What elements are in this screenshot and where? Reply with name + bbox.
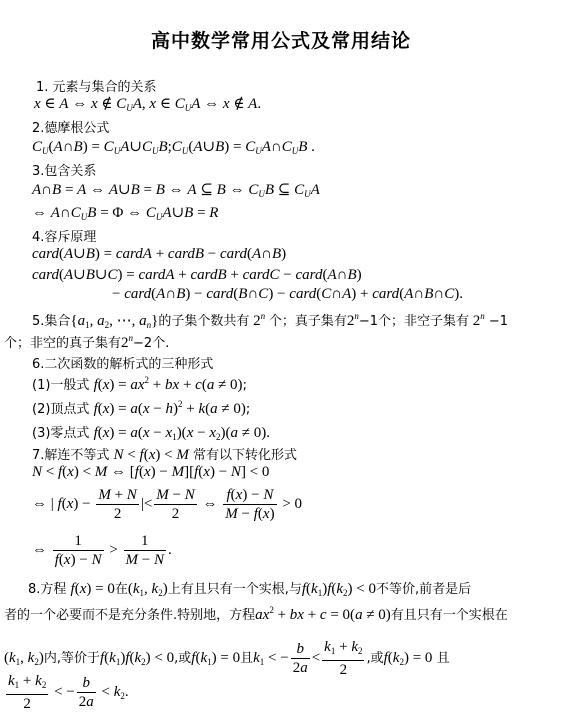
section-2-heading: 2.德摩根公式 — [32, 117, 109, 136]
section-4-line1: card(A∪B) = cardA + cardB − card(A∩B) — [32, 244, 286, 263]
section-4-heading: 4.容斥原理 — [32, 226, 96, 245]
section-3-line2: ⇔ A∩CUB = Φ ⇔ CUA∪B = R — [32, 203, 218, 222]
section-7-line3: ⇔ 1f(x) − N > 1M − N. — [32, 532, 172, 569]
section-8-line4: k1 + k22 < −b2a < k2. — [4, 672, 129, 713]
section-7-line1: N < f(x) < M ⇔ [f(x) − M][f(x) − N] < 0 — [32, 464, 269, 481]
section-6-form3: (3)零点式 f(x) = a(x − x1)(x − x2)(a ≠ 0). — [32, 422, 270, 442]
section-4-line2: card(A∪B∪C) = cardA + cardB + cardC − ca… — [32, 265, 362, 284]
section-2-formula: CU(A∩B) = CUA∪CUB;CU(A∪B) = CUA∩CUB . — [32, 137, 315, 156]
section-5-line2: 个；非空的真子集有2n−2个. — [4, 332, 169, 352]
section-1-formula: x ∈ A ⇔ x ∉ CUA, x ∈ CUA ⇔ x ∉ A. — [34, 94, 261, 113]
section-5-line1: 5.集合{a1, a2, ⋯, an}的子集个数共有 2n 个；真子集有2n−1… — [32, 310, 508, 330]
section-6-form1: (1)一般式 f(x) = ax2 + bx + c(a ≠ 0); — [32, 374, 247, 394]
section-7-line2: ⇔ | f(x) − M + N2|<M − N2 ⇔ f(x) − NM − … — [32, 486, 302, 523]
page-title: 高中数学常用公式及常用结论 — [0, 26, 562, 53]
section-4-line3: − card(A∩B) − card(B∩C) − card(C∩A) + ca… — [112, 286, 463, 303]
section-7-heading: 7.解连不等式 N < f(x) < M 常有以下转化形式 — [32, 444, 297, 464]
section-8-line2: 者的一个必要而不是充分条件.特别地，方程ax2 + bx + c = 0(a ≠… — [4, 604, 508, 624]
section-3-heading: 3.包含关系 — [32, 160, 96, 179]
section-3-line1: A∩B = A ⇔ A∪B = B ⇔ A ⊆ B ⇔ CUB ⊆ CUA — [32, 180, 320, 199]
section-8-line1: 8.方程 f(x) = 0在(k1, k2)上有且只有一个实根,与f(k1)f(… — [28, 578, 471, 598]
section-1-heading: 1. 元素与集合的关系 — [36, 76, 157, 95]
section-6-form2: (2)顶点式 f(x) = a(x − h)2 + k(a ≠ 0); — [32, 398, 250, 418]
section-6-heading: 6.二次函数的解析式的三种形式 — [32, 353, 213, 372]
